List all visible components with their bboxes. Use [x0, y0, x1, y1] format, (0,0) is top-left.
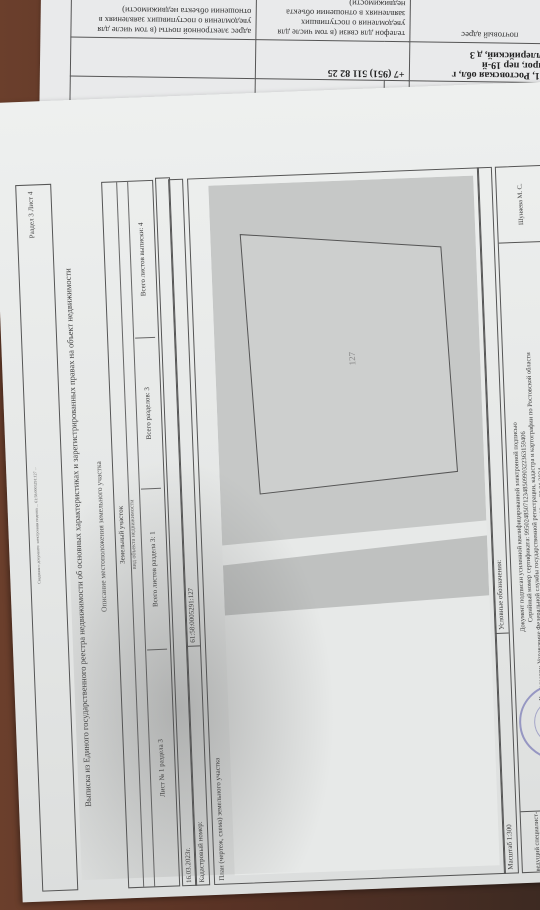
- postal-address-value: 347931, Ростовская обл, г Таганрог, пер …: [409, 42, 540, 83]
- email-value: [70, 37, 255, 78]
- header-fineprint: Сведения о документе: электронная подпис…: [30, 411, 44, 641]
- phone-value: +7 (951) 511 82 25: [255, 40, 410, 81]
- phone-label: телефон для связи (в том числе для уведо…: [256, 0, 411, 42]
- postal-address-label: почтовый адрес: [409, 0, 540, 44]
- egrn-extract-sheet: Сведения о документе: электронная подпис…: [0, 82, 540, 903]
- parcel-label: 127: [347, 351, 358, 365]
- parcel-plan-svg: 127: [208, 176, 499, 876]
- plan-drawing: 127: [208, 176, 499, 876]
- signer-name: Шуняева М. С.: [496, 165, 540, 242]
- cadastral-number: 61:58:0005291:127: [185, 588, 200, 646]
- stamp-inner-ring: [533, 698, 540, 746]
- plan-title: План (чертеж, схема) земельного участка: [213, 758, 226, 881]
- email-label: адрес электронной почты (в том числе для…: [71, 0, 256, 40]
- plan-box: План (чертеж, схема) земельного участка …: [187, 167, 506, 885]
- signer-role: ведущий специалист-эксперт: [521, 809, 540, 872]
- section-sheet-label: Раздел 3 Лист 4: [26, 191, 36, 238]
- extract-page: Сведения о документе: электронная подпис…: [15, 153, 540, 892]
